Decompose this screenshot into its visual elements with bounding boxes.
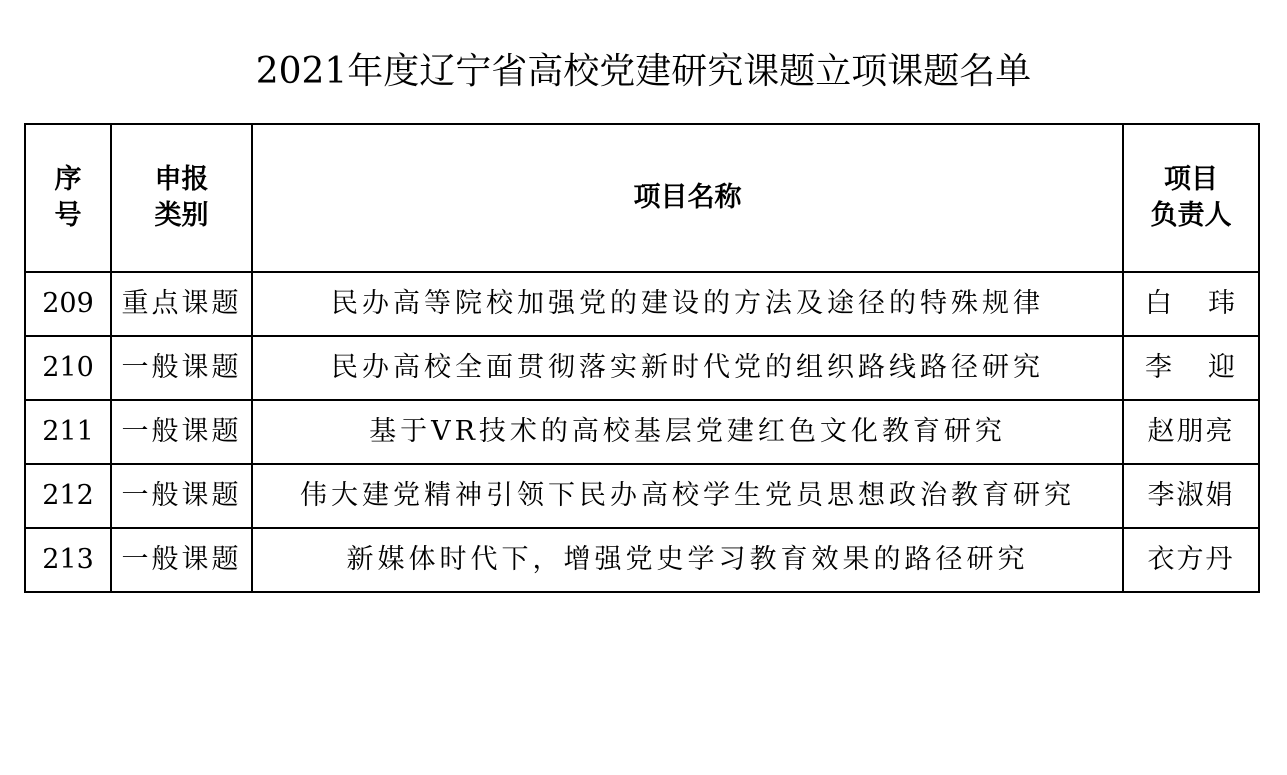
cell-num: 210 [25, 336, 111, 400]
document-title: 2021年度辽宁省高校党建研究课题立项课题名单 [0, 46, 1287, 98]
cell-num: 209 [25, 272, 111, 336]
cell-project-name: 民办高校全面贯彻落实新时代党的组织路线路径研究 [252, 336, 1123, 400]
cell-num: 212 [25, 464, 111, 528]
cell-num: 213 [25, 528, 111, 592]
table-row: 212 一般课题 伟大建党精神引领下民办高校学生党员思想政治教育研究 李淑娟 [25, 464, 1259, 528]
table-row: 209 重点课题 民办高等院校加强党的建设的方法及途径的特殊规律 白玮 [25, 272, 1259, 336]
table-row: 210 一般课题 民办高校全面贯彻落实新时代党的组织路线路径研究 李迎 [25, 336, 1259, 400]
cell-category: 一般课题 [111, 400, 252, 464]
table-row: 213 一般课题 新媒体时代下，增强党史学习教育效果的路径研究 衣方丹 [25, 528, 1259, 592]
header-category: 申报 类别 [111, 124, 252, 272]
cell-category: 一般课题 [111, 528, 252, 592]
table-row: 211 一般课题 基于VR技术的高校基层党建红色文化教育研究 赵朋亮 [25, 400, 1259, 464]
cell-leader: 李迎 [1123, 336, 1259, 400]
cell-leader: 衣方丹 [1123, 528, 1259, 592]
cell-num: 211 [25, 400, 111, 464]
cell-category: 一般课题 [111, 336, 252, 400]
cell-project-name: 新媒体时代下，增强党史学习教育效果的路径研究 [252, 528, 1123, 592]
header-num: 序 号 [25, 124, 111, 272]
header-leader: 项目 负责人 [1123, 124, 1259, 272]
cell-leader: 白玮 [1123, 272, 1259, 336]
cell-category: 重点课题 [111, 272, 252, 336]
cell-project-name: 民办高等院校加强党的建设的方法及途径的特殊规律 [252, 272, 1123, 336]
cell-project-name: 基于VR技术的高校基层党建红色文化教育研究 [252, 400, 1123, 464]
table-header-row: 序 号 申报 类别 项目名称 项目 负责人 [25, 124, 1259, 272]
cell-category: 一般课题 [111, 464, 252, 528]
project-list-table: 序 号 申报 类别 项目名称 项目 负责人 209 重点课题 民办高等院校加强党… [24, 123, 1260, 593]
cell-project-name: 伟大建党精神引领下民办高校学生党员思想政治教育研究 [252, 464, 1123, 528]
cell-leader: 赵朋亮 [1123, 400, 1259, 464]
cell-leader: 李淑娟 [1123, 464, 1259, 528]
header-project-name: 项目名称 [252, 124, 1123, 272]
